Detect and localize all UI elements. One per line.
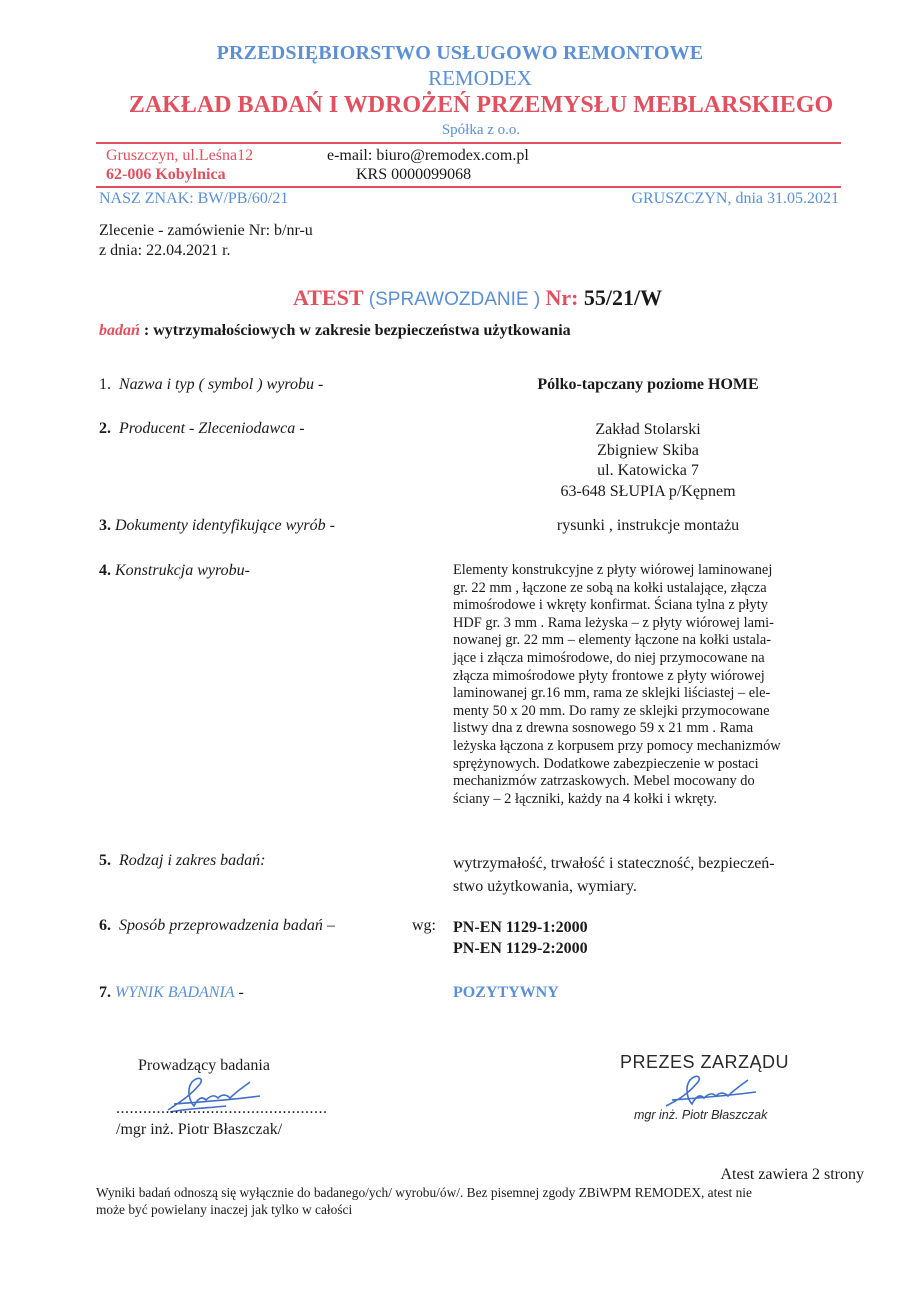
construction-line: jące i złącza mimośrodowe, do niej przym… bbox=[453, 650, 843, 668]
item-number: 7. bbox=[99, 984, 111, 1001]
producer-line: 63-648 SŁUPIA p/Kępnem bbox=[453, 482, 843, 503]
right-signatory-name: mgr inż. Piotr Błaszczak bbox=[634, 1108, 767, 1122]
item-label-suffix: - bbox=[235, 984, 244, 1001]
address-street: Gruszczyn, ul.Leśna12 bbox=[106, 147, 253, 165]
item-number: 1. bbox=[99, 376, 111, 393]
item-label-text: Dokumenty identyfikujące wyrób - bbox=[115, 517, 335, 534]
item-6-prefix: wg: bbox=[412, 917, 436, 935]
producer-line: Zbigniew Skiba bbox=[453, 441, 843, 462]
test-result: POZYTYWNY bbox=[453, 984, 559, 1002]
construction-line: nowanej gr. 22 mm – elementy łączone na … bbox=[453, 632, 843, 650]
scope-line: wytrzymałość, trwałość i stateczność, be… bbox=[453, 852, 775, 875]
header-rule-bottom bbox=[96, 186, 841, 188]
construction-line: listwy dna z drewna sosnowego 59 x 21 mm… bbox=[453, 720, 843, 738]
item-label-text: WYNIK BADANIA bbox=[115, 984, 235, 1001]
construction-line: menty 50 x 20 mm. Do ramy ze sklejki prz… bbox=[453, 703, 843, 721]
item-4-value: Elementy konstrukcyjne z płyty wiórowej … bbox=[453, 562, 843, 808]
item-label-text: Konstrukcja wyrobu- bbox=[115, 562, 250, 579]
item-label-text: Rodzaj i zakres badań: bbox=[119, 852, 266, 869]
item-5-label: 5. Rodzaj i zakres badań: bbox=[99, 852, 266, 870]
item-7-label: 7. WYNIK BADANIA - bbox=[99, 984, 244, 1002]
scope-line: stwo użytkowania, wymiary. bbox=[453, 875, 775, 898]
standard-line: PN-EN 1129-2:2000 bbox=[453, 938, 588, 959]
krs-number: KRS 0000099068 bbox=[356, 166, 471, 184]
right-signatory-title: PREZES ZARZĄDU bbox=[620, 1052, 789, 1073]
title-sprawozdanie: (SPRAWOZDANIE ) bbox=[364, 289, 546, 310]
address-city: 62-006 Kobylnica bbox=[106, 166, 226, 184]
construction-line: sprężynowych. Dodatkowe zabezpieczenie w… bbox=[453, 756, 843, 774]
place-date: GRUSZCZYN, dnia 31.05.2021 bbox=[631, 190, 839, 208]
item-number: 3. bbox=[99, 517, 111, 534]
item-1-label: 1. Nazwa i typ ( symbol ) wyrobu - bbox=[99, 376, 323, 394]
item-label-text: Sposób przeprowadzenia badań – bbox=[119, 917, 335, 934]
company-brand: REMODEX bbox=[0, 66, 920, 91]
construction-line: leżyska łączona z korpusem przy pomocy m… bbox=[453, 738, 843, 756]
item-3-label: 3. Dokumenty identyfikujące wyrób - bbox=[99, 517, 335, 535]
order-number: Zlecenie - zamówienie Nr: b/nr-u bbox=[99, 222, 313, 240]
right-signature-icon bbox=[660, 1072, 770, 1112]
left-signatory-name: /mgr inż. Piotr Błaszczak/ bbox=[116, 1121, 282, 1139]
item-number: 6. bbox=[99, 917, 111, 934]
item-2-value: Zakład Stolarski Zbigniew Skiba ul. Kato… bbox=[453, 420, 843, 502]
title-number: 55/21/W bbox=[584, 285, 662, 310]
document-title: ATEST (SPRAWOZDANIE ) Nr: 55/21/W bbox=[293, 285, 662, 311]
item-4-label: 4. Konstrukcja wyrobu- bbox=[99, 562, 250, 580]
disclaimer-line-1: Wyniki badań odnoszą się wyłącznie do ba… bbox=[96, 1185, 752, 1201]
department-name: ZAKŁAD BADAŃ I WDROŻEŃ PRZEMYSŁU MEBLARS… bbox=[0, 92, 920, 119]
item-6-value: PN-EN 1129-1:2000 PN-EN 1129-2:2000 bbox=[453, 917, 588, 959]
test-scope-text: : wytrzymałościowych w zakresie bezpiecz… bbox=[140, 322, 571, 339]
standard-line: PN-EN 1129-1:2000 bbox=[453, 917, 588, 938]
item-3-value: rysunki , instrukcje montażu bbox=[453, 517, 843, 535]
test-scope: badań : wytrzymałościowych w zakresie be… bbox=[99, 322, 571, 340]
header-rule-top bbox=[96, 142, 841, 144]
company-name: PRZEDSIĘBIORSTWO USŁUGOWO REMONTOWE bbox=[0, 42, 920, 65]
item-2-label: 2. Producent - Zleceniodawca - bbox=[99, 420, 305, 438]
item-label-text: Nazwa i typ ( symbol ) wyrobu - bbox=[119, 376, 323, 393]
item-6-label: 6. Sposób przeprowadzenia badań – bbox=[99, 917, 335, 935]
construction-line: gr. 22 mm , łączone ze sobą na kołki ust… bbox=[453, 580, 843, 598]
item-number: 2. bbox=[99, 420, 111, 437]
producer-line: Zakład Stolarski bbox=[453, 420, 843, 441]
order-date: z dnia: 22.04.2021 r. bbox=[99, 242, 231, 260]
construction-line: mechanizmów zatrzaskowych. Mebel mocowan… bbox=[453, 773, 843, 791]
construction-line: złącza mimośrodowe płyty frontowe z płyt… bbox=[453, 668, 843, 686]
item-5-value: wytrzymałość, trwałość i stateczność, be… bbox=[453, 852, 775, 898]
title-atest: ATEST bbox=[293, 285, 364, 310]
item-number: 4. bbox=[99, 562, 111, 579]
test-scope-label: badań bbox=[99, 322, 140, 339]
disclaimer-line-2: może być powielany inaczej jak tylko w c… bbox=[96, 1202, 352, 1218]
item-label-text: Producent - Zleceniodawca - bbox=[119, 420, 305, 437]
construction-line: laminowanej gr.16 mm, rama ze sklejki li… bbox=[453, 685, 843, 703]
reference-number: NASZ ZNAK: BW/PB/60/21 bbox=[99, 190, 288, 208]
producer-line: ul. Katowicka 7 bbox=[453, 461, 843, 482]
construction-line: Elementy konstrukcyjne z płyty wiórowej … bbox=[453, 562, 843, 580]
construction-line: mimośrodowe i wkręty konfirmat. Ściana t… bbox=[453, 597, 843, 615]
company-form: Spółka z o.o. bbox=[0, 122, 920, 139]
page-count-note: Atest zawiera 2 strony bbox=[720, 1166, 864, 1184]
title-nr-label: Nr: bbox=[545, 285, 583, 310]
construction-line: HDF gr. 3 mm . Rama leżyska – z płyty wi… bbox=[453, 615, 843, 633]
construction-line: ściany – 2 łączniki, każdy na 4 kołki i … bbox=[453, 791, 843, 809]
item-number: 5. bbox=[99, 852, 111, 869]
email: e-mail: biuro@remodex.com.pl bbox=[327, 147, 529, 165]
left-signature-line: ........................................… bbox=[116, 1100, 328, 1118]
item-1-value: Pólko-tapczany poziome HOME bbox=[453, 376, 843, 394]
